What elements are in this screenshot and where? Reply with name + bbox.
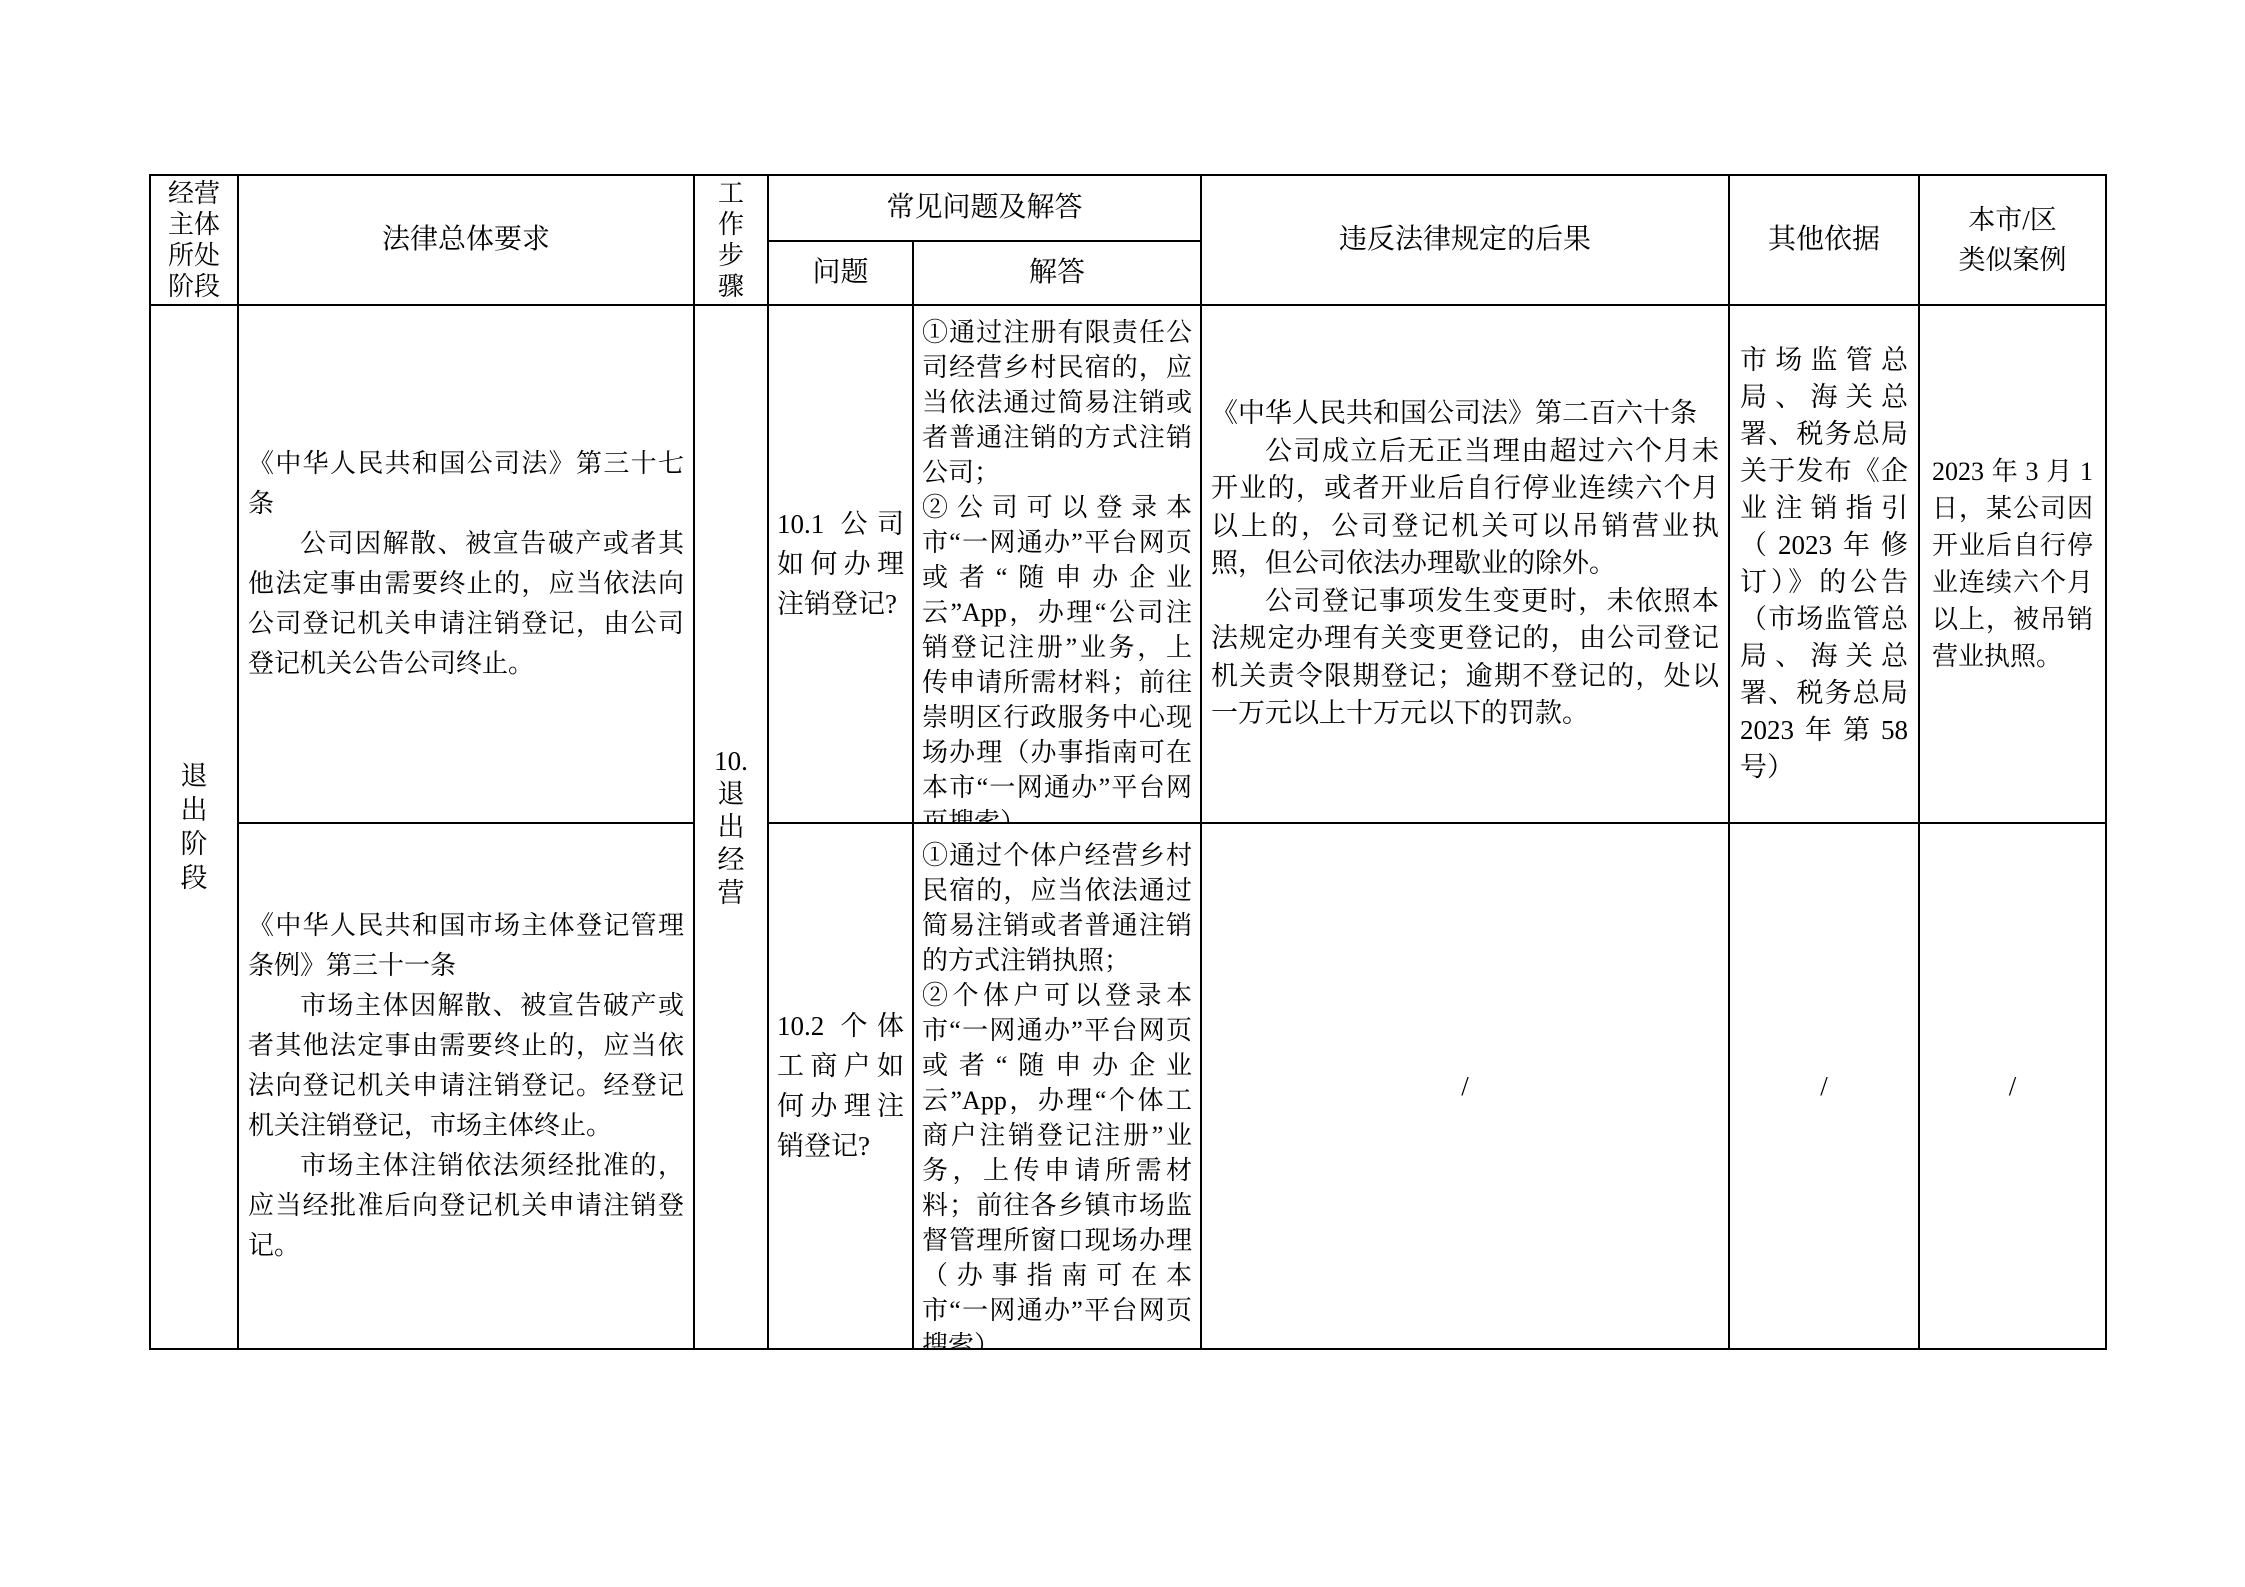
law-cell-individual: 《中华人民共和国市场主体登记管理条例》第三十一条 市场主体因解散、被宣告破产或者… — [237, 822, 695, 1350]
answer-item-2: ②公司可以登录本市“一网通办”平台网页或者“随申办企业云”App，办理“公司注销… — [922, 490, 1192, 824]
work-step-cell: 10. 退 出 经 营 — [693, 304, 769, 1350]
header-work-steps: 工 作 步 骤 — [693, 174, 769, 306]
answer-item-1: ①通过个体户经营乡村民宿的，应当依法通过简易注销或者普通注销的方式注销执照； — [922, 838, 1192, 978]
law-paragraph: 市场主体注销依法须经批准的，应当经批准后向登记机关申请注销登记。 — [248, 1146, 684, 1266]
consequence-title: 《中华人民共和国公司法》第二百六十条 — [1211, 395, 1719, 433]
document-page: 经营 主体 所处 阶段 法律总体要求 工 作 步 骤 常见问题及解答 问题 解答… — [0, 0, 2245, 1587]
question-text: 10.1 公司如何办理注销登记? — [777, 504, 904, 624]
consequence-cell: 《中华人民共和国公司法》第二百六十条 公司成立后无正当理由超过六个月未开业的，或… — [1200, 304, 1730, 824]
consequence-paragraph: 公司登记事项发生变更时，未依照本法规定办理有关变更登记的，由公司登记机关责令限期… — [1211, 583, 1719, 733]
answer-cell-1: ①通过注册有限责任公司经营乡村民宿的，应当依法通过简易注销或者普通注销的方式注销… — [912, 304, 1202, 824]
stage-cell: 退 出 阶 段 — [149, 304, 239, 1350]
header-consequences-col: 违反法律规定的后果 — [1200, 174, 1730, 306]
consequence-empty-cell: / — [1200, 822, 1730, 1350]
header-legal-requirements: 法律总体要求 — [237, 174, 695, 306]
question-cell-1: 10.1 公司如何办理注销登记? — [767, 304, 914, 824]
law-paragraph: 公司因解散、被宣告破产或者其他法定事由需要终止的，应当依法向公司登记机关申请注销… — [248, 524, 684, 684]
question-cell-2: 10.2 个体工商户如何办理注销登记? — [767, 822, 914, 1350]
header-question-col: 问题 — [767, 240, 914, 306]
header-stage-col: 经营 主体 所处 阶段 — [149, 174, 239, 306]
header-answer-col: 解答 — [912, 240, 1202, 306]
answer-cell-2: ①通过个体户经营乡村民宿的，应当依法通过简易注销或者普通注销的方式注销执照； ②… — [912, 822, 1202, 1350]
header-local-cases-col: 本市/区 类似案例 — [1918, 174, 2107, 306]
local-case-empty-cell: / — [1918, 822, 2107, 1350]
local-case-text: 2023年3月1日，某公司因开业后自行停业连续六个月以上，被吊销营业执照。 — [1932, 453, 2093, 675]
answer-item-2: ②个体户可以登录本市“一网通办”平台网页或者“随申办企业云”App，办理“个体工… — [922, 978, 1192, 1350]
local-case-cell: 2023年3月1日，某公司因开业后自行停业连续六个月以上，被吊销营业执照。 — [1918, 304, 2107, 824]
law-title: 《中华人民共和国市场主体登记管理条例》第三十一条 — [248, 906, 684, 986]
header-other-basis-col: 其他依据 — [1728, 174, 1920, 306]
header-qa-group: 常见问题及解答 — [767, 174, 1202, 242]
law-paragraph: 市场主体因解散、被宣告破产或者其他法定事由需要终止的，应当依法向登记机关申请注销… — [248, 986, 684, 1146]
law-cell-company: 《中华人民共和国公司法》第三十七条 公司因解散、被宣告破产或者其他法定事由需要终… — [237, 304, 695, 824]
consequence-paragraph: 公司成立后无正当理由超过六个月未开业的，或者开业后自行停业连续六个月以上的，公司… — [1211, 433, 1719, 583]
answer-item-1: ①通过注册有限责任公司经营乡村民宿的，应当依法通过简易注销或者普通注销的方式注销… — [922, 315, 1192, 490]
other-basis-empty-cell: / — [1728, 822, 1920, 1350]
law-title: 《中华人民共和国公司法》第三十七条 — [248, 444, 684, 524]
question-text: 10.2 个体工商户如何办理注销登记? — [777, 1006, 904, 1166]
other-basis-cell: 市场监管总局、海关总署、税务总局关于发布《企业注销指引（2023年修订）》的公告… — [1728, 304, 1920, 824]
other-basis-text: 市场监管总局、海关总署、税务总局关于发布《企业注销指引（2023年修订）》的公告… — [1740, 342, 1908, 786]
